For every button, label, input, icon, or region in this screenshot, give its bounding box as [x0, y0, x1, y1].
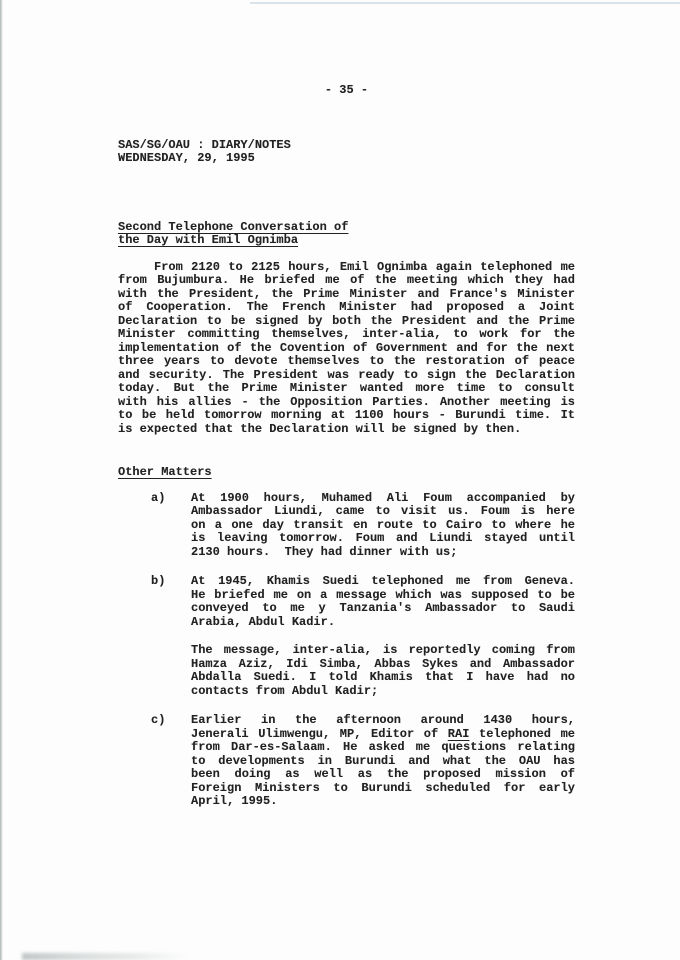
scan-smudge-artifact	[22, 953, 187, 960]
scan-edge-artifact	[0, 0, 3, 960]
text-line: Earlier in the afternoon around 1430 hou…	[191, 714, 575, 728]
text-line: April, 1995.	[191, 795, 575, 809]
text-line: Hamza Aziz, Idi Simba, Abbas Sykes and A…	[191, 658, 575, 672]
text-line: from Dar-es-Salaam. He asked me question…	[191, 741, 575, 755]
text-line: conveyed to me y Tanzania's Ambassador t…	[191, 602, 575, 616]
doc-header: SAS/SG/OAU : DIARY/NOTES WEDNESDAY, 29, …	[118, 139, 575, 166]
text-line: Ambassador Liundi, came to visit us. Fou…	[191, 505, 575, 519]
list-item-b: b) At 1945, Khamis Suedi telephoned me f…	[118, 575, 575, 698]
item-body: At 1900 hours, Muhamed Ali Foum accompan…	[191, 492, 575, 560]
page-number: - 35 -	[118, 0, 575, 98]
text-line: with the President, the Prime Minister a…	[118, 288, 575, 302]
doc-date: WEDNESDAY, 29, 1995	[118, 152, 575, 166]
list-item-a: a) At 1900 hours, Muhamed Ali Foum accom…	[118, 492, 575, 560]
text-line: is leaving tomorrow. Foum and Liundi sta…	[191, 532, 575, 546]
page-content: - 35 - SAS/SG/OAU : DIARY/NOTES WEDNESDA…	[118, 0, 575, 809]
text-line: to developments in Burundi and what the …	[191, 755, 575, 769]
heading-line: Second Telephone Conversation of	[118, 221, 575, 235]
heading-line: Other Matters	[118, 465, 212, 479]
item-label: a)	[151, 492, 191, 560]
item-label: b)	[151, 575, 191, 698]
text-line: implementation of the Covention of Gover…	[118, 342, 575, 356]
text-line: Foreign Ministers to Burundi scheduled f…	[191, 782, 575, 796]
text-line: At 1900 hours, Muhamed Ali Foum accompan…	[191, 492, 575, 506]
text-line: contacts from Abdul Kadir;	[191, 685, 575, 699]
paragraph-conversation: From 2120 to 2125 hours, Emil Ognimba ag…	[118, 261, 575, 437]
text-line: of Cooperation. The French Minister had …	[118, 301, 575, 315]
text-line: From 2120 to 2125 hours, Emil Ognimba ag…	[118, 261, 575, 275]
list-item-c: c) Earlier in the afternoon around 1430 …	[118, 714, 575, 809]
text-line: three years to devote themselves to the …	[118, 355, 575, 369]
section-heading-other-matters: Other Matters	[118, 466, 575, 480]
text-line: been doing as well as the proposed missi…	[191, 768, 575, 782]
item-body: At 1945, Khamis Suedi telephoned me from…	[191, 575, 575, 698]
text-line: and security. The President was ready to…	[118, 369, 575, 383]
heading-line: the Day with Emil Ognimba	[118, 234, 575, 248]
text-line: to be held tomorrow morning at 1100 hour…	[118, 409, 575, 423]
text-line: Abdalla Suedi. I told Khamis that I have…	[191, 671, 575, 685]
text-line: Minister committing themselves, inter-al…	[118, 328, 575, 342]
paragraph: At 1900 hours, Muhamed Ali Foum accompan…	[191, 492, 575, 560]
text-line: today. But the Prime Minister wanted mor…	[118, 382, 575, 396]
doc-reference: SAS/SG/OAU : DIARY/NOTES	[118, 139, 575, 153]
text-line: He briefed me on a message which was sup…	[191, 589, 575, 603]
document-page: - 35 - SAS/SG/OAU : DIARY/NOTES WEDNESDA…	[0, 0, 680, 960]
text-line: with his allies - the Opposition Parties…	[118, 396, 575, 410]
item-label: c)	[151, 714, 191, 809]
text-line: 2130 hours. They had dinner with us;	[191, 546, 575, 560]
text-line: Declaration to be signed by both the Pre…	[118, 315, 575, 329]
text-line: At 1945, Khamis Suedi telephoned me from…	[191, 575, 575, 589]
text-line: on a one day transit en route to Cairo t…	[191, 519, 575, 533]
item-body: Earlier in the afternoon around 1430 hou…	[191, 714, 575, 809]
text-line: from Bujumbura. He briefed me of the mee…	[118, 274, 575, 288]
text-line: Jenerali Ulimwengu, MP, Editor of RAI te…	[191, 728, 575, 742]
text-line: Arabia, Abdul Kadir.	[191, 616, 575, 630]
text-line: The message, inter-alia, is reportedly c…	[191, 644, 575, 658]
paragraph: Earlier in the afternoon around 1430 hou…	[191, 714, 575, 809]
paragraph: The message, inter-alia, is reportedly c…	[191, 644, 575, 698]
paragraph: At 1945, Khamis Suedi telephoned me from…	[191, 575, 575, 629]
text-line: is expected that the Declaration will be…	[118, 423, 575, 437]
section-heading-telephone-conversation: Second Telephone Conversation ofthe Day …	[118, 221, 575, 248]
